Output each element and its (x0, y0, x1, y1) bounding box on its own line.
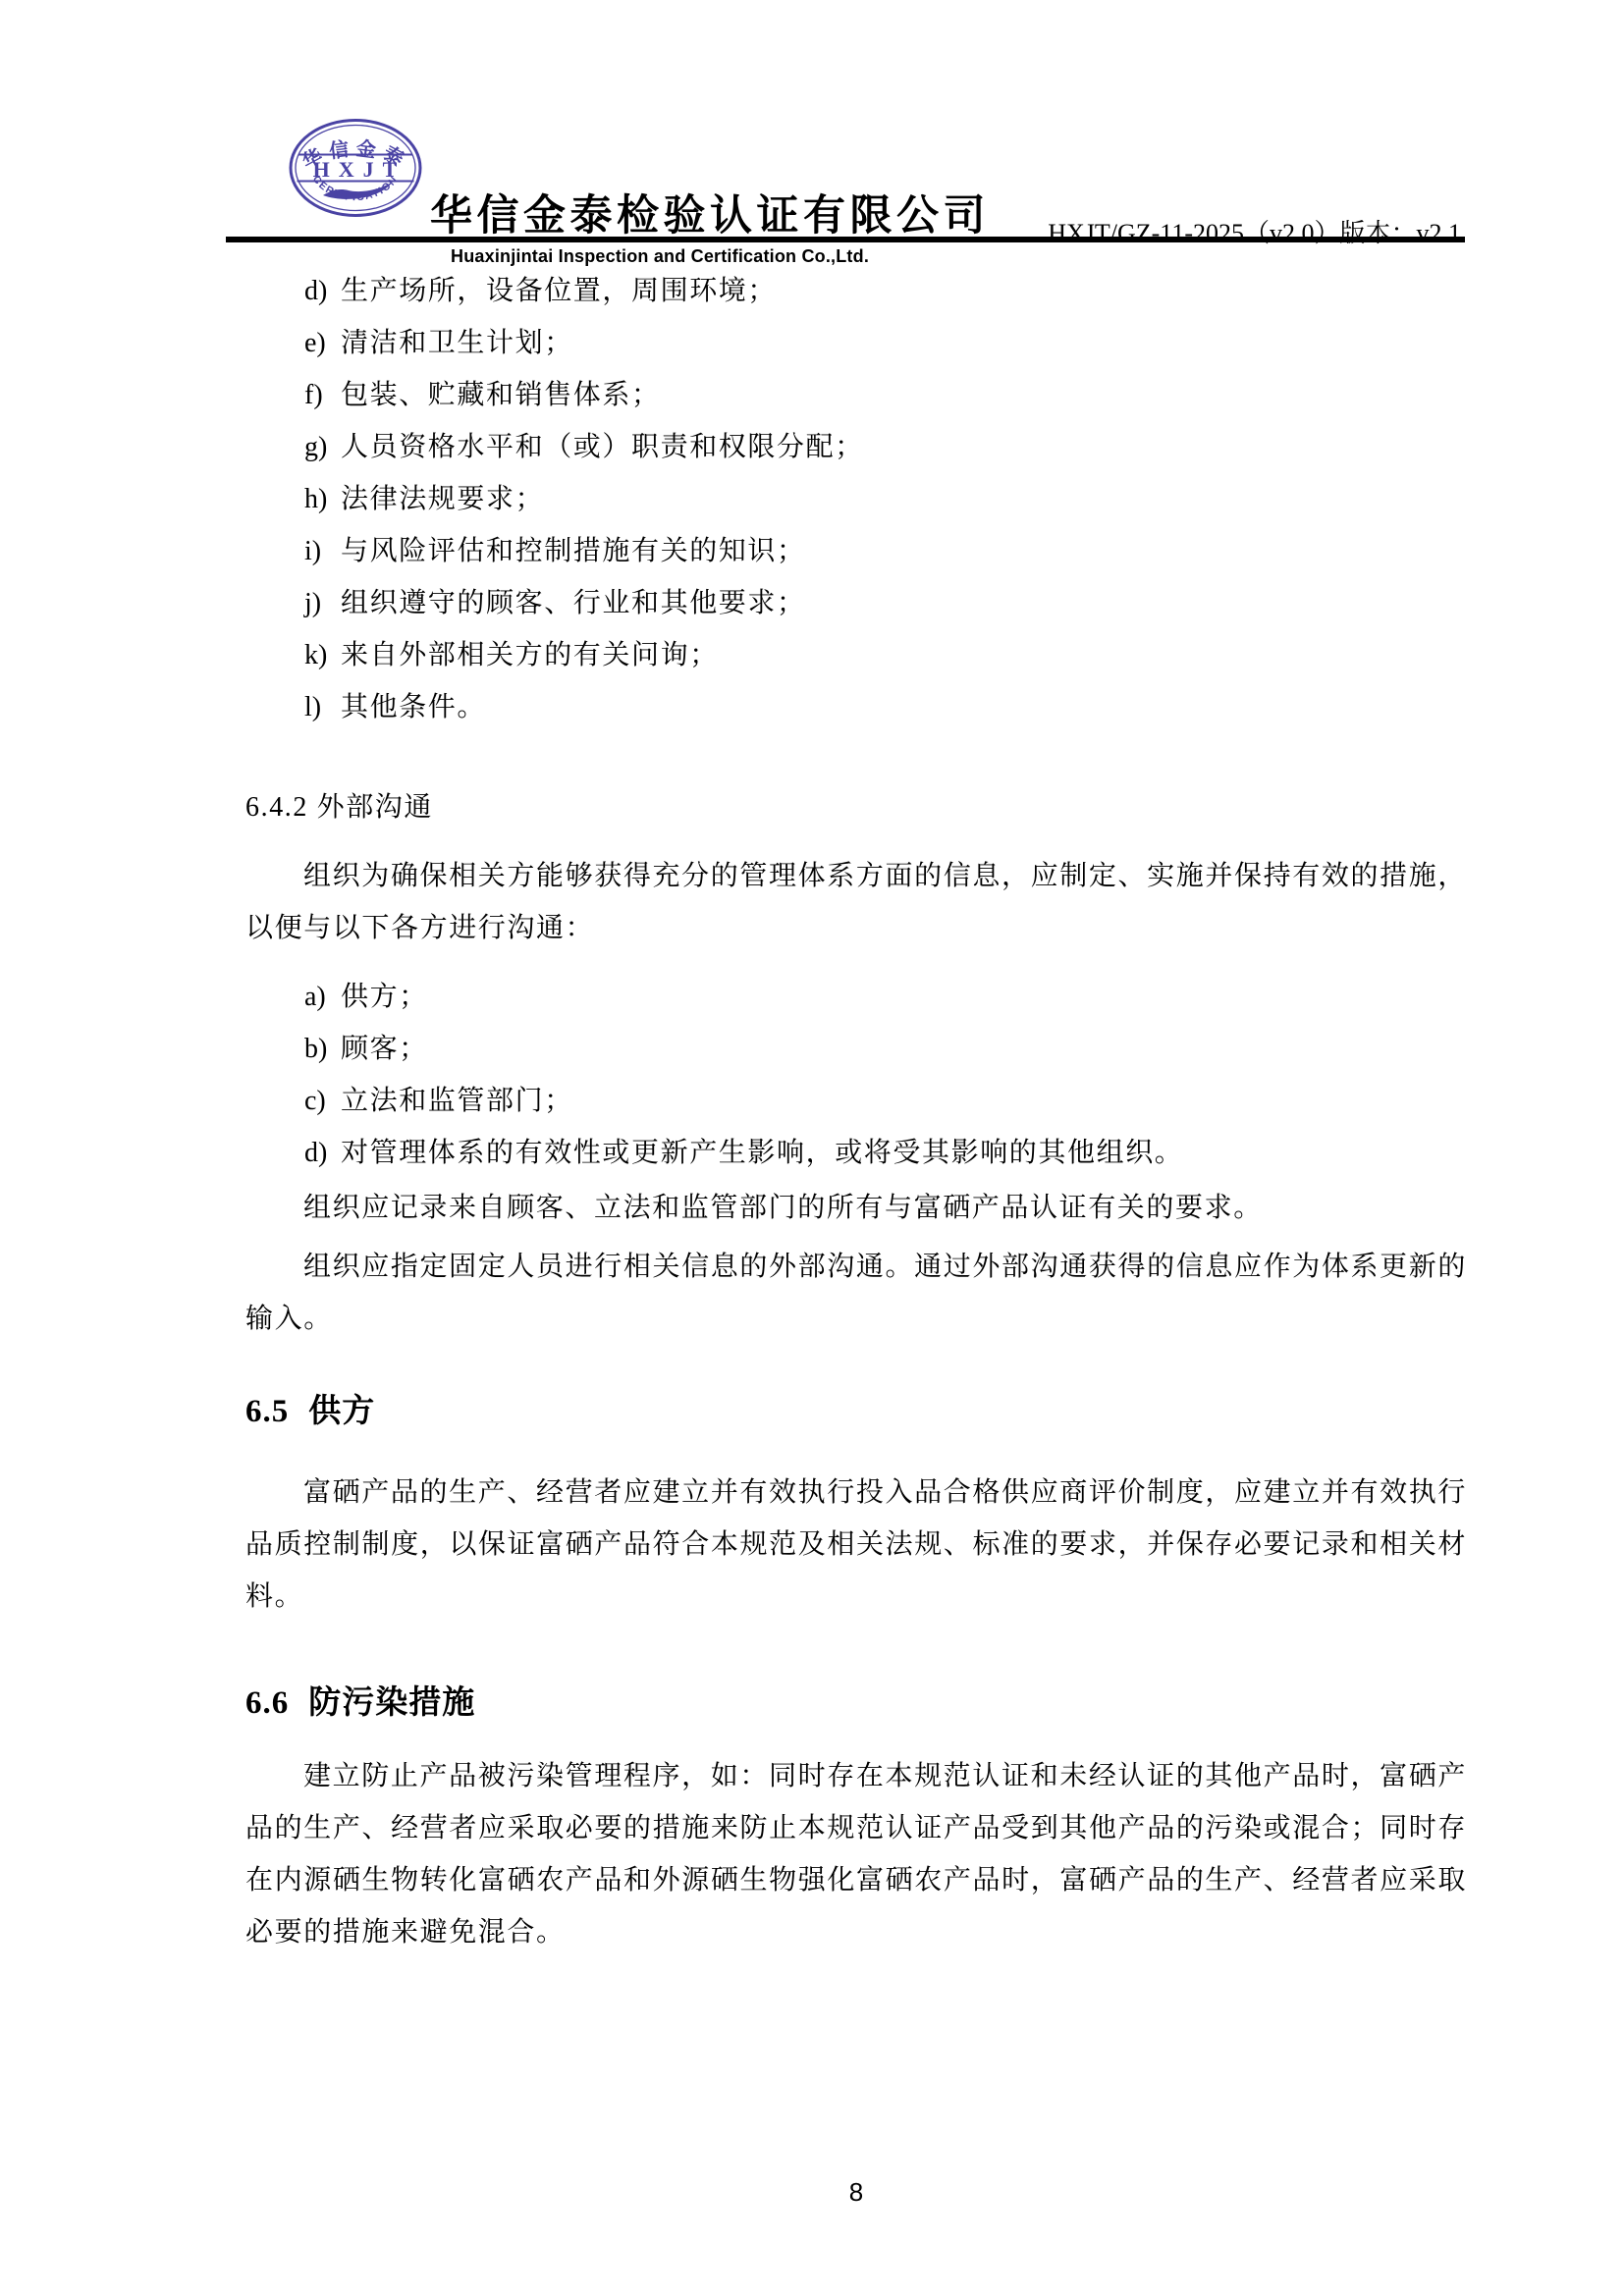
paragraph-external-communication-intro: 组织为确保相关方能够获得充分的管理体系方面的信息，应制定、实施并保持有效的措施，… (245, 850, 1467, 954)
company-seal-logo: 华信金泰 HXJT CERTIFICATION (288, 119, 423, 217)
document-code: HXJT/GZ-11-2025（v2.0）版本：v2.1 (1048, 213, 1461, 249)
list-item-text: 其他条件。 (341, 692, 486, 722)
list-item-marker: e) (304, 317, 341, 369)
section-number: 6.5 (245, 1394, 289, 1429)
list-item: g)人员资格水平和（或）职责和权限分配； (245, 421, 1467, 473)
section-heading-6-6: 6.6防污染措施 (245, 1674, 1467, 1733)
paragraph-designated-personnel: 组织应指定固定人员进行相关信息的外部沟通。通过外部沟通获得的信息应作为体系更新的… (245, 1241, 1467, 1345)
list-item-marker: b) (304, 1023, 341, 1075)
list-item-text: 人员资格水平和（或）职责和权限分配； (341, 432, 864, 462)
document-page: 华信金泰 HXJT CERTIFICATION 华信金泰检验认证有限公司 HXJ… (0, 0, 1624, 2296)
paragraph-anti-pollution-measures: 建立防止产品被污染管理程序，如：同时存在本规范认证和未经认证的其他产品时，富硒产… (245, 1750, 1467, 1958)
list-item-marker: h) (304, 473, 341, 525)
company-name-en: Huaxinjintai Inspection and Certificatio… (451, 246, 869, 267)
list-item: i)与风险评估和控制措施有关的知识； (245, 525, 1467, 577)
list-item: d)对管理体系的有效性或更新产生影响，或将受其影响的其他组织。 (245, 1127, 1467, 1179)
list-item: e)清洁和卫生计划； (245, 317, 1467, 369)
list-item-marker: k) (304, 629, 341, 681)
list-item-marker: c) (304, 1075, 341, 1127)
section-heading-6-4-2: 6.4.2 外部沟通 (245, 781, 1467, 833)
list-item: b)顾客； (245, 1023, 1467, 1075)
section-number: 6.6 (245, 1685, 289, 1721)
list-item-text: 来自外部相关方的有关问询； (341, 640, 719, 670)
list-item: f)包装、贮藏和销售体系； (245, 369, 1467, 421)
list-item-marker: j) (304, 577, 341, 629)
list-item: k)来自外部相关方的有关问询； (245, 629, 1467, 681)
list-item-text: 供方； (341, 982, 428, 1012)
list-item-marker: g) (304, 421, 341, 473)
list-item: j)组织遵守的顾客、行业和其他要求； (245, 577, 1467, 629)
paragraph-supplier-requirements: 富硒产品的生产、经营者应建立并有效执行投入品合格供应商评价制度，应建立并有效执行… (245, 1467, 1467, 1623)
list-item-text: 与风险评估和控制措施有关的知识； (341, 536, 806, 566)
list-item-text: 生产场所，设备位置，周围环境； (341, 276, 777, 306)
list-item: l)其他条件。 (245, 681, 1467, 733)
list-item-marker: f) (304, 369, 341, 421)
list-item-text: 立法和监管部门； (341, 1086, 573, 1116)
list-item-marker: l) (304, 681, 341, 733)
section-title: 防污染措施 (308, 1685, 475, 1721)
list-item: d)生产场所，设备位置，周围环境； (245, 265, 1467, 317)
list-item-marker: d) (304, 265, 341, 317)
communication-parties-list: a)供方； b)顾客； c)立法和监管部门； d)对管理体系的有效性或更新产生影… (245, 971, 1467, 1179)
section-heading-6-5: 6.5供方 (245, 1382, 1467, 1441)
list-item-text: 法律法规要求； (341, 484, 544, 514)
list-item-marker: i) (304, 525, 341, 577)
list-item-text: 对管理体系的有效性或更新产生影响，或将受其影响的其他组织。 (341, 1138, 1183, 1168)
list-item-marker: d) (304, 1127, 341, 1179)
list-item-text: 包装、贮藏和销售体系； (341, 380, 661, 410)
list-item-text: 顾客； (341, 1034, 428, 1064)
document-body: d)生产场所，设备位置，周围环境； e)清洁和卫生计划； f)包装、贮藏和销售体… (245, 265, 1467, 1958)
list-item: c)立法和监管部门； (245, 1075, 1467, 1127)
section-title: 供方 (308, 1394, 375, 1429)
paragraph-record-requirements: 组织应记录来自顾客、立法和监管部门的所有与富硒产品认证有关的要求。 (245, 1182, 1467, 1234)
list-item-marker: a) (304, 971, 341, 1023)
list-item-text: 组织遵守的顾客、行业和其他要求； (341, 588, 806, 618)
page-number: 8 (245, 2177, 1467, 2208)
header-divider-rule (226, 237, 1465, 242)
list-item: h)法律法规要求； (245, 473, 1467, 525)
company-name-zh: 华信金泰检验认证有限公司 (430, 183, 990, 242)
conditions-list: d)生产场所，设备位置，周围环境； e)清洁和卫生计划； f)包装、贮藏和销售体… (245, 265, 1467, 733)
list-item: a)供方； (245, 971, 1467, 1023)
list-item-text: 清洁和卫生计划； (341, 328, 573, 358)
